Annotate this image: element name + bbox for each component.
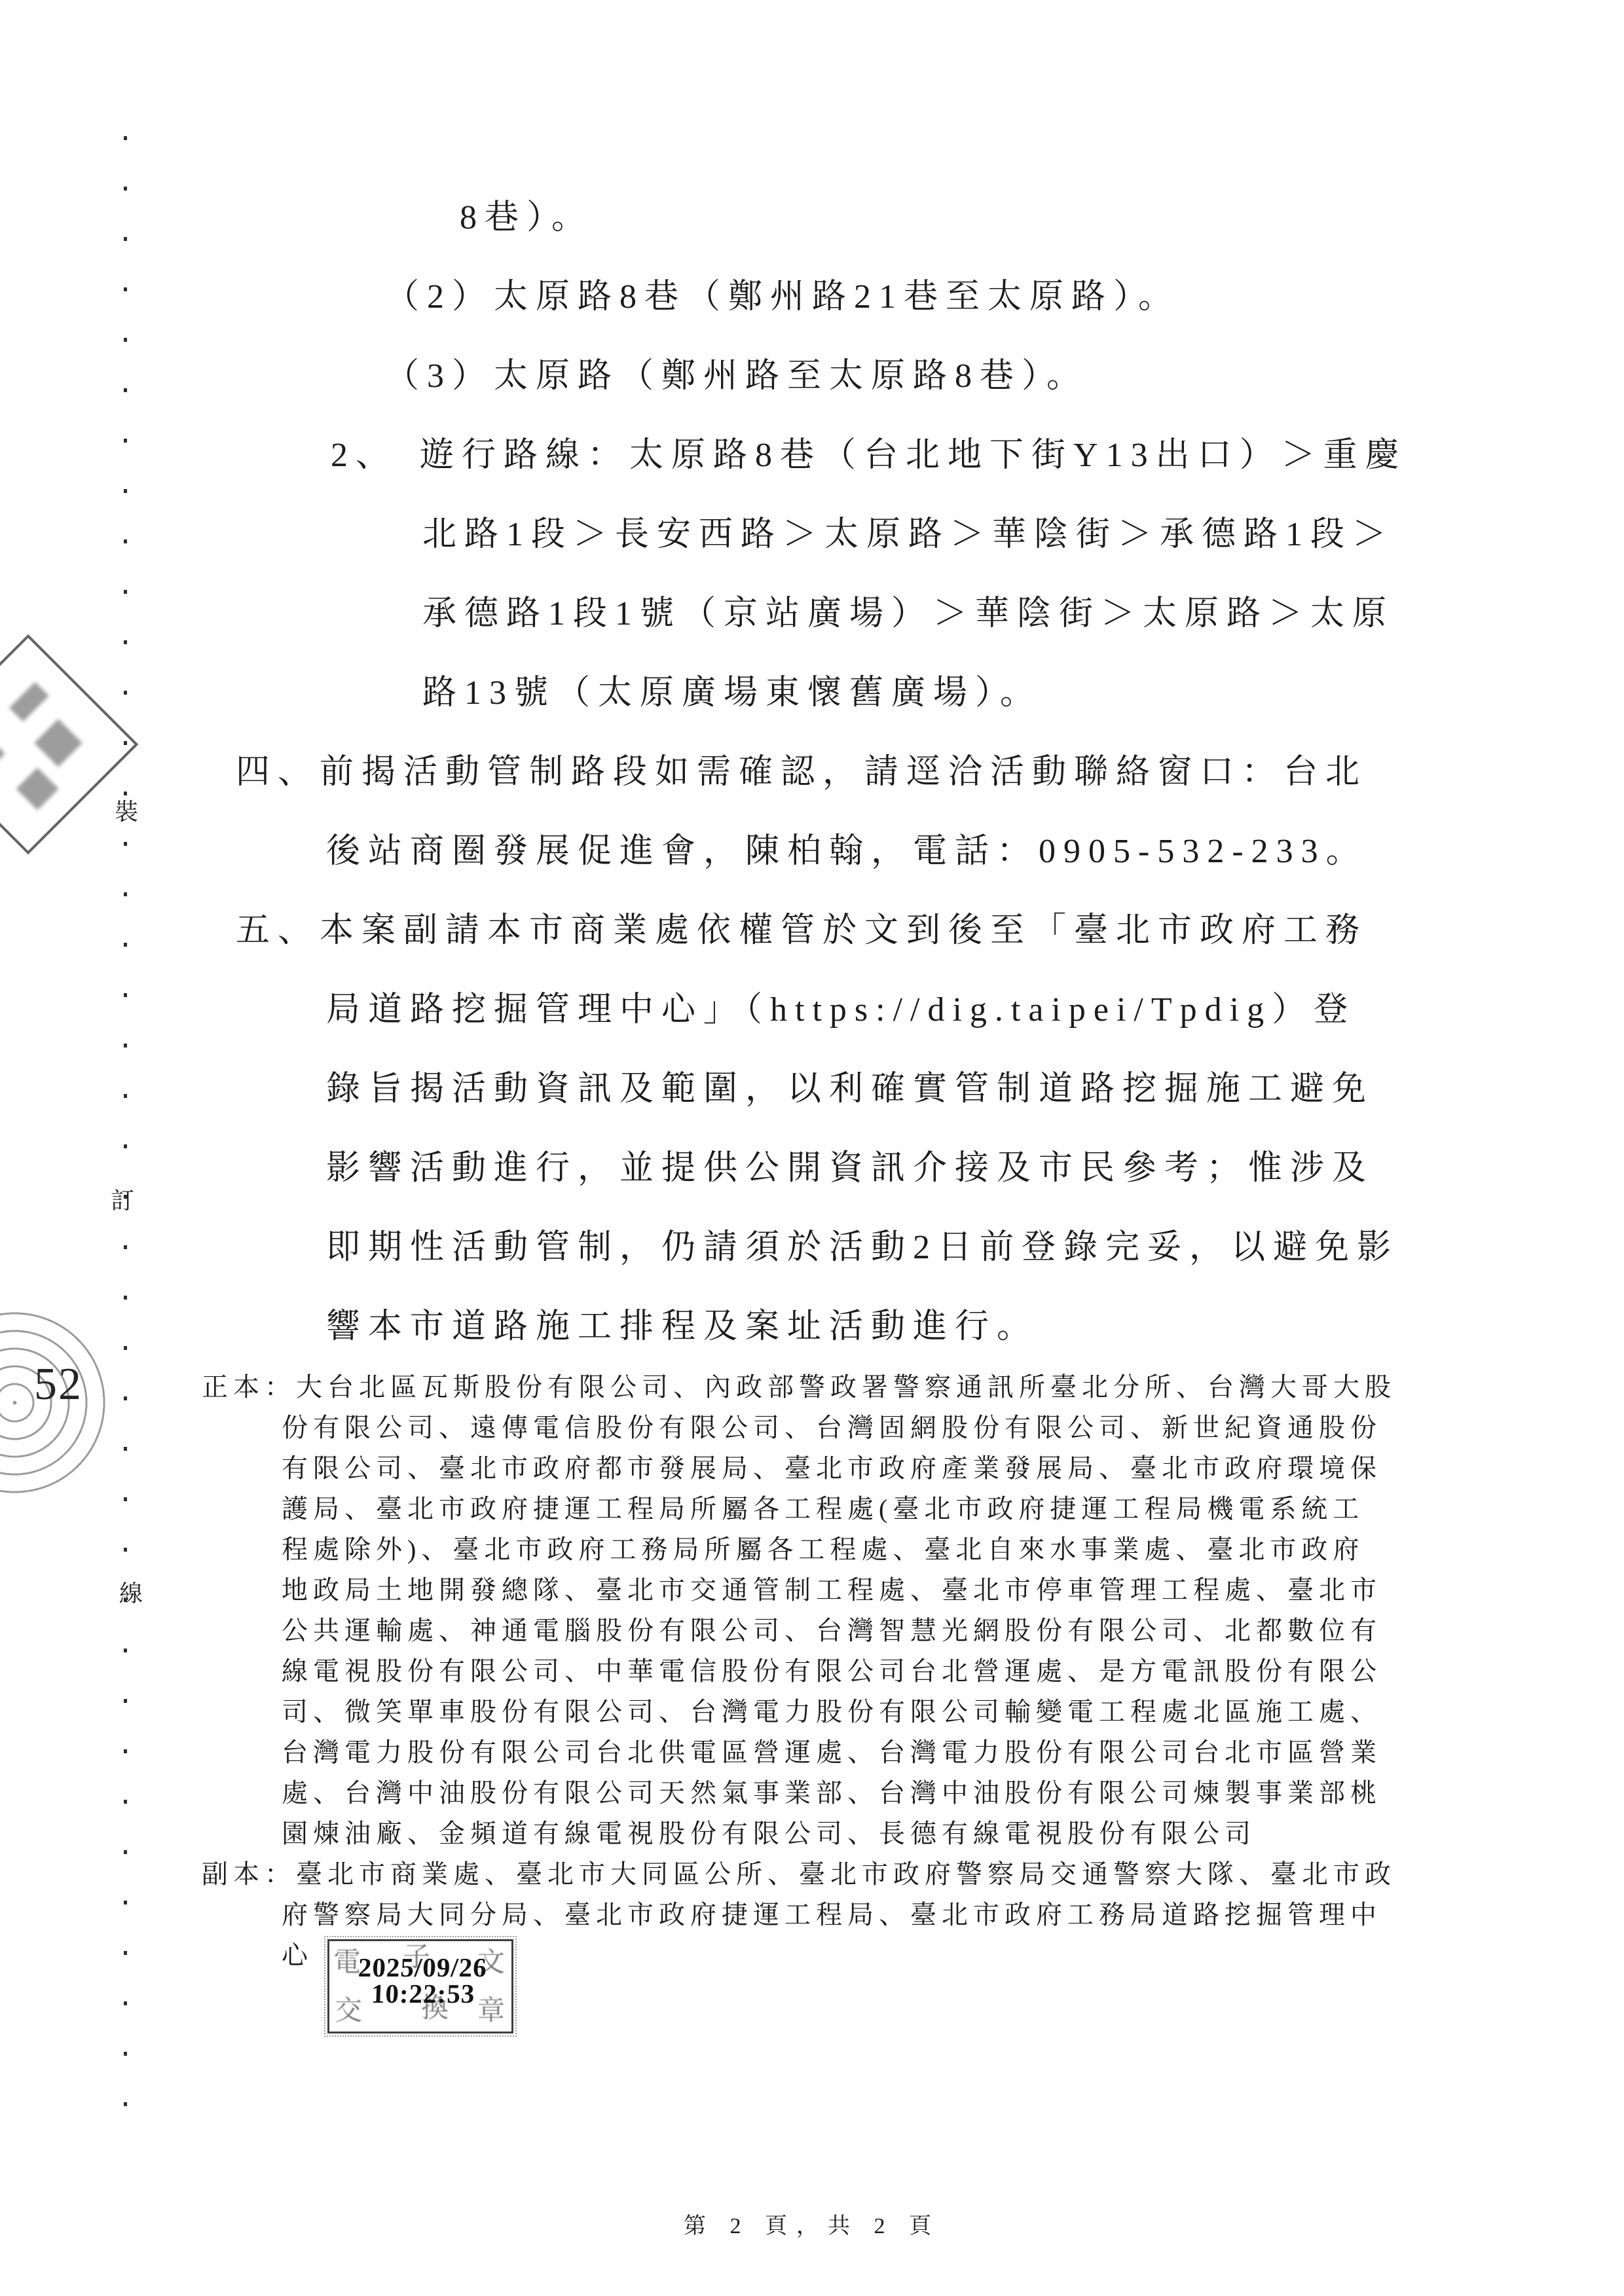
body-line: 後站商圈發展促進會，陳柏翰，電話：0905-532-233。 xyxy=(326,812,1624,891)
binding-mark-xian: 線 xyxy=(119,1575,143,1609)
body-line: 北路1段＞長安西路＞太原路＞華陰街＞承德路1段＞ xyxy=(422,495,1624,574)
stamp-char: 電 xyxy=(333,1949,361,1977)
body-line: 8巷）。 xyxy=(460,178,1624,257)
document-body: 8巷）。 （2）太原路8巷（鄭州路21巷至太原路）。 （3）太原路（鄭州路至太原… xyxy=(0,178,1624,1366)
body-line: 2、遊行路線：太原路8巷（台北地下街Y13出口）＞重慶 xyxy=(331,416,1624,495)
body-line: 承德路1段1號（京站廣場）＞華陰街＞太原路＞太原 xyxy=(422,574,1624,653)
electronic-exchange-stamp: 電 子 文 交 換 章 2025/09/26 10:22:53 xyxy=(327,1939,513,2033)
recipient-line: 份有限公司、遠傳電信股份有限公司、台灣固網股份有限公司、新世紀資通股份 xyxy=(202,1408,1446,1448)
page-footer: 第 2 頁，共 2 頁 xyxy=(0,2208,1624,2240)
body-line: 局道路挖掘管理中心」（https://dig.taipei/Tpdig）登 xyxy=(326,970,1624,1049)
body-line: 五、本案副請本市商業處依權管於文到後至「臺北市政府工務 xyxy=(236,891,1624,970)
stamp-date: 2025/09/26 xyxy=(358,1954,487,1981)
recipient-line: 副本：臺北市商業處、臺北市大同區公所、臺北市政府警察局交通警察大隊、臺北市政 xyxy=(202,1854,1446,1895)
list-number: 2、 xyxy=(331,437,397,474)
zhengben-label: 正本： xyxy=(202,1372,296,1402)
recipient-text: 臺北市商業處、臺北市大同區公所、臺北市政府警察局交通警察大隊、臺北市政 xyxy=(296,1859,1396,1889)
body-line: 響本市道路施工排程及案址活動進行。 xyxy=(326,1287,1624,1366)
recipient-line: 處、台灣中油股份有限公司天然氣事業部、台灣中油股份有限公司煉製事業部桃 xyxy=(202,1773,1446,1813)
body-line: 四、前揭活動管制路段如需確認，請逕洽活動聯絡窗口：台北 xyxy=(236,733,1624,812)
seal-number: 52 xyxy=(34,1358,83,1411)
body-line: 影響活動進行，並提供公開資訊介接及市民參考；惟涉及 xyxy=(326,1129,1624,1208)
stamp-char: 章 xyxy=(477,1997,505,2025)
recipient-line: 程處除外)、臺北市政府工務局所屬各工程處、臺北自來水事業處、臺北市政府 xyxy=(202,1529,1446,1570)
recipient-line: 護局、臺北市政府捷運工程局所屬各工程處(臺北市政府捷運工程局機電系統工 xyxy=(202,1489,1446,1529)
recipient-line: 台灣電力股份有限公司台北供電區營運處、台灣電力股份有限公司台北市區營業 xyxy=(202,1732,1446,1773)
recipient-line: 公共運輸處、神通電腦股份有限公司、台灣智慧光網股份有限公司、北都數位有 xyxy=(202,1611,1446,1651)
stamp-char: 交 xyxy=(335,1997,362,2025)
recipient-line: 正本：大台北區瓦斯股份有限公司、內政部警政署警察通訊所臺北分所、台灣大哥大股 xyxy=(202,1367,1446,1408)
body-line: （2）太原路8巷（鄭州路21巷至太原路）。 xyxy=(385,257,1624,337)
body-line-text: 遊行路線：太原路8巷（台北地下街Y13出口）＞重慶 xyxy=(420,437,1407,474)
recipient-line: 有限公司、臺北市政府都市發展局、臺北市政府產業發展局、臺北市政府環境保 xyxy=(202,1448,1446,1489)
body-line: 路13號（太原廣場東懷舊廣場）。 xyxy=(422,653,1624,733)
recipient-text: 大台北區瓦斯股份有限公司、內政部警政署警察通訊所臺北分所、台灣大哥大股 xyxy=(296,1372,1396,1402)
body-line: 錄旨揭活動資訊及範圍，以利確實管制道路挖掘施工避免 xyxy=(326,1049,1624,1129)
body-line: 即期性活動管制，仍請須於活動2日前登錄完妥，以避免影 xyxy=(326,1208,1624,1287)
recipient-line: 司、微笑單車股份有限公司、台灣電力股份有限公司輸變電工程處北區施工處、 xyxy=(202,1692,1446,1732)
stamp-time: 10:22:53 xyxy=(371,1980,475,2007)
recipient-line: 府警察局大同分局、臺北市政府捷運工程局、臺北市政府工務局道路挖掘管理中 xyxy=(202,1895,1446,1935)
body-line: （3）太原路（鄭州路至太原路8巷）。 xyxy=(385,337,1624,416)
recipient-line: 地政局土地開發總隊、臺北市交通管制工程處、臺北市停車管理工程處、臺北市 xyxy=(202,1570,1446,1611)
fuben-label: 副本： xyxy=(202,1859,296,1889)
recipients-block: 正本：大台北區瓦斯股份有限公司、內政部警政署警察通訊所臺北分所、台灣大哥大股 份… xyxy=(202,1367,1446,1976)
recipient-line: 線電視股份有限公司、中華電信股份有限公司台北營運處、是方電訊股份有限公 xyxy=(202,1651,1446,1692)
scanned-document-page: 裝 訂 線 52 8巷）。 （2）太原路8巷（鄭州路21巷至太原路）。 （3）太… xyxy=(0,0,1624,2296)
recipient-line: 園煉油廠、金頻道有線電視股份有限公司、長德有線電視股份有限公司 xyxy=(202,1813,1446,1854)
